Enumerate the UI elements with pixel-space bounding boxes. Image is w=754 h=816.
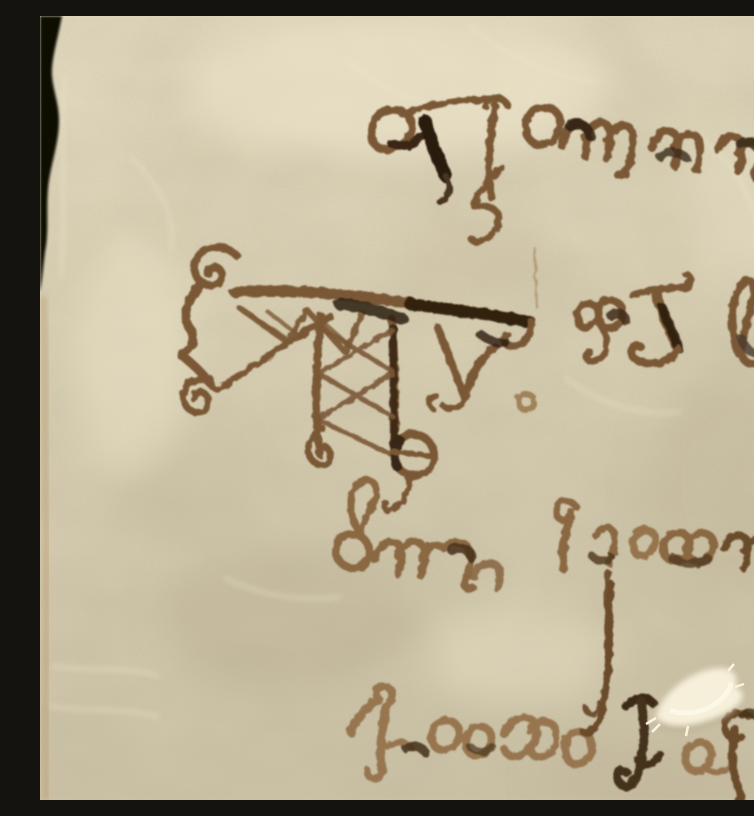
- initial-lattice-right-dark: [393, 328, 394, 446]
- ink-stroke: [381, 707, 386, 772]
- page-edge-tint: [43, 296, 47, 800]
- manuscript-photo: et pomni et le cum si ceu voach ce: [40, 16, 754, 800]
- ink-stroke: [740, 142, 754, 147]
- manuscript-canvas: [40, 16, 754, 800]
- ink-stroke: [470, 747, 492, 752]
